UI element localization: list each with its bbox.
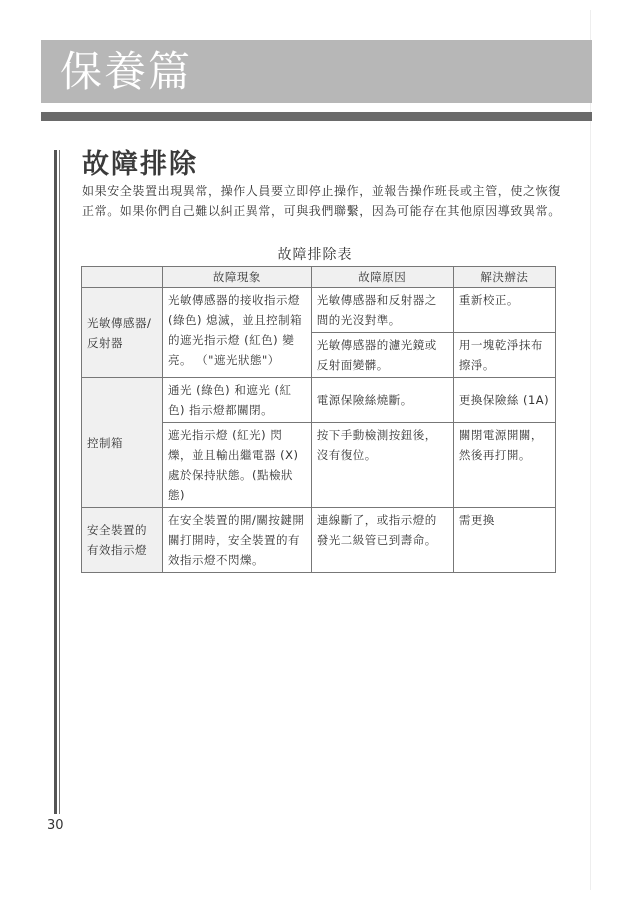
category-cell: 安全裝置的有效指示燈 (82, 508, 163, 573)
header-solution: 解決辦法 (453, 267, 555, 288)
header-symptom: 故障現象 (163, 267, 312, 288)
header-category (82, 267, 163, 288)
solution-cell: 用一塊乾淨抹布擦淨。 (453, 333, 555, 378)
cause-cell: 連線斷了，或指示燈的發光二級管已到壽命。 (311, 508, 453, 573)
solution-cell: 關閉電源開關，然後再打開。 (453, 423, 555, 508)
solution-cell: 更換保險絲 (1A) (453, 378, 555, 423)
intro-paragraph: 如果安全裝置出現異常，操作人員要立即停止操作，並報告操作班長或主管，使之恢復正常… (82, 181, 562, 221)
table-title: 故障排除表 (0, 244, 630, 264)
symptom-cell: 在安全裝置的開/關按鍵開關打開時，安全裝置的有效指示燈不閃爍。 (163, 508, 312, 573)
page-edge-line (590, 10, 591, 890)
symptom-cell: 光敏傳感器的接收指示燈(綠色) 熄滅，並且控制箱的遮光指示燈 (紅色) 變亮。 … (163, 288, 312, 378)
section-divider (41, 112, 592, 121)
page-number: 30 (47, 818, 64, 833)
table-row: 安全裝置的有效指示燈 在安全裝置的開/關按鍵開關打開時，安全裝置的有效指示燈不閃… (82, 508, 556, 573)
table-row: 光敏傳感器/反射器 光敏傳感器的接收指示燈(綠色) 熄滅，並且控制箱的遮光指示燈… (82, 288, 556, 333)
category-cell: 光敏傳感器/反射器 (82, 288, 163, 378)
cause-cell: 光敏傳感器和反射器之間的光沒對準。 (311, 288, 453, 333)
header-cause: 故障原因 (311, 267, 453, 288)
table-row: 控制箱 通光 (綠色) 和遮光 (紅色) 指示燈都關閉。 電源保險絲燒斷。 更換… (82, 378, 556, 423)
cause-cell: 按下手動檢測按鈕後，沒有復位。 (311, 423, 453, 508)
solution-cell: 需更換 (453, 508, 555, 573)
table-header-row: 故障現象 故障原因 解決辦法 (82, 267, 556, 288)
symptom-cell: 通光 (綠色) 和遮光 (紅色) 指示燈都關閉。 (163, 378, 312, 423)
solution-cell: 重新校正。 (453, 288, 555, 333)
cause-cell: 光敏傳感器的濾光鏡或反射面變髒。 (311, 333, 453, 378)
symptom-cell: 遮光指示燈 (紅光) 閃爍，並且輸出繼電器 (X) 處於保持狀態。(點檢狀態) (163, 423, 312, 508)
section-title: 保養篇 (60, 46, 192, 98)
cause-cell: 電源保險絲燒斷。 (311, 378, 453, 423)
troubleshooting-table: 故障現象 故障原因 解決辦法 光敏傳感器/反射器 光敏傳感器的接收指示燈(綠色)… (81, 266, 556, 573)
page-heading: 故障排除 (82, 142, 198, 181)
category-cell: 控制箱 (82, 378, 163, 508)
